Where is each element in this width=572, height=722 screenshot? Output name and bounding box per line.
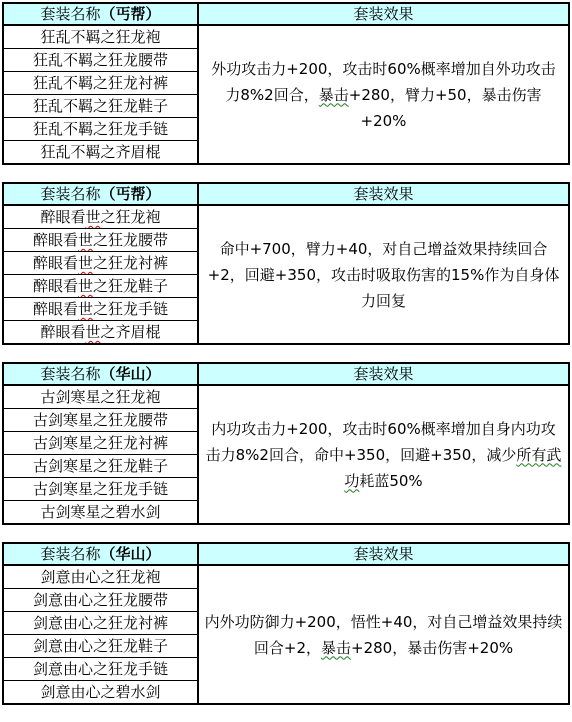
set-effect-cell: 外功攻击力+200，攻击时60%概率增加自外功攻击力8%2回合，暴击+280，臂…: [198, 25, 569, 164]
set-effect-cell: 内外功防御力+200，悟性+40，对自己增益效果持续回合+2，暴击+280，暴击…: [198, 565, 569, 704]
spellcheck-red-squiggle: 世: [78, 300, 93, 318]
set-item-cell: 醉眼看世之狂龙袍: [3, 205, 198, 229]
set-item-cell: 剑意由心之碧水剑: [3, 681, 198, 705]
set-effect-cell: 命中+700，臂力+40，对自己增益效果持续回合+2，回避+350，攻击时吸取伤…: [198, 205, 569, 344]
item-row: 古剑寒星之狂龙袍内功攻击力+200，攻击时60%概率增加自身内功攻击力8%2回合…: [3, 385, 569, 409]
spellcheck-green-squiggle: 所有武功: [344, 446, 561, 490]
set-item-cell: 狂乱不羁之狂龙鞋子: [3, 95, 198, 118]
spellcheck-red-squiggle: 世: [78, 254, 93, 272]
set-effect-header: 套装效果: [198, 543, 569, 565]
equipment-set-table: 套装名称（华山） 套装效果 古剑寒星之狂龙袍内功攻击力+200，攻击时60%概率…: [2, 362, 570, 525]
set-effect-header: 套装效果: [198, 183, 569, 205]
set-item-cell: 醉眼看世之狂龙衬裤: [3, 252, 198, 275]
set-name-header: 套装名称（华山）: [3, 363, 198, 385]
set-name-header: 套装名称（华山）: [3, 543, 198, 565]
table-header-row: 套装名称（华山） 套装效果: [3, 363, 569, 385]
set-item-cell: 狂乱不羁之齐眉棍: [3, 141, 198, 165]
set-name-header-label: 套装名称: [40, 545, 100, 563]
set-item-cell: 醉眼看世之狂龙鞋子: [3, 275, 198, 298]
set-item-cell: 醉眼看世之狂龙腰带: [3, 229, 198, 252]
set-item-cell: 古剑寒星之狂龙袍: [3, 385, 198, 409]
set-item-cell: 剑意由心之狂龙衬裤: [3, 612, 198, 635]
set-item-cell: 狂乱不羁之狂龙手链: [3, 118, 198, 141]
set-item-cell: 古剑寒星之狂龙鞋子: [3, 455, 198, 478]
spellcheck-green-squiggle: 暴击: [319, 86, 349, 104]
table-header-row: 套装名称（丐帮） 套装效果: [3, 183, 569, 205]
document-page: 套装名称（丐帮） 套装效果 狂乱不羁之狂龙袍外功攻击力+200，攻击时60%概率…: [0, 0, 572, 705]
set-item-cell: 剑意由心之狂龙腰带: [3, 589, 198, 612]
table-header-row: 套装名称（华山） 套装效果: [3, 543, 569, 565]
set-effect-header: 套装效果: [198, 3, 569, 25]
set-faction-name: （华山）: [101, 545, 161, 563]
spellcheck-green-squiggle: 暴击: [321, 639, 351, 657]
spellcheck-red-squiggle: 世: [78, 277, 93, 295]
table-header-row: 套装名称（丐帮） 套装效果: [3, 3, 569, 25]
equipment-set-table: 套装名称（丐帮） 套装效果 醉眼看世之狂龙袍命中+700，臂力+40，对自己增益…: [2, 182, 570, 345]
set-faction-name: （华山）: [101, 365, 161, 383]
set-item-cell: 狂乱不羁之狂龙腰带: [3, 49, 198, 72]
set-name-header: 套装名称（丐帮）: [3, 3, 198, 25]
spellcheck-red-squiggle: 世: [85, 208, 100, 226]
set-item-cell: 古剑寒星之狂龙手链: [3, 478, 198, 501]
set-faction-name: （丐帮）: [101, 5, 161, 23]
spellcheck-red-squiggle: 世: [78, 231, 93, 249]
item-row: 醉眼看世之狂龙袍命中+700，臂力+40，对自己增益效果持续回合+2，回避+35…: [3, 205, 569, 229]
set-faction-name: （丐帮）: [101, 185, 161, 203]
set-item-cell: 剑意由心之狂龙鞋子: [3, 635, 198, 658]
item-row: 狂乱不羁之狂龙袍外功攻击力+200，攻击时60%概率增加自外功攻击力8%2回合，…: [3, 25, 569, 49]
set-item-cell: 剑意由心之狂龙袍: [3, 565, 198, 589]
set-effect-cell: 内功攻击力+200，攻击时60%概率增加自身内功攻击力8%2回合，命中+350，…: [198, 385, 569, 524]
equipment-set-tables: 套装名称（丐帮） 套装效果 狂乱不羁之狂龙袍外功攻击力+200，攻击时60%概率…: [2, 2, 572, 705]
set-name-header: 套装名称（丐帮）: [3, 183, 198, 205]
spellcheck-red-squiggle: 世: [85, 323, 100, 341]
set-item-cell: 剑意由心之狂龙手链: [3, 658, 198, 681]
set-effect-header: 套装效果: [198, 363, 569, 385]
set-item-cell: 醉眼看世之齐眉棍: [3, 321, 198, 345]
set-item-cell: 古剑寒星之狂龙衬裤: [3, 432, 198, 455]
set-item-cell: 古剑寒星之碧水剑: [3, 501, 198, 525]
set-name-header-label: 套装名称: [40, 185, 100, 203]
set-item-cell: 狂乱不羁之狂龙衬裤: [3, 72, 198, 95]
set-item-cell: 醉眼看世之狂龙手链: [3, 298, 198, 321]
item-row: 剑意由心之狂龙袍内外功防御力+200，悟性+40，对自己增益效果持续回合+2，暴…: [3, 565, 569, 589]
equipment-set-table: 套装名称（华山） 套装效果 剑意由心之狂龙袍内外功防御力+200，悟性+40，对…: [2, 542, 570, 705]
set-item-cell: 古剑寒星之狂龙腰带: [3, 409, 198, 432]
set-name-header-label: 套装名称: [40, 5, 100, 23]
set-item-cell: 狂乱不羁之狂龙袍: [3, 25, 198, 49]
equipment-set-table: 套装名称（丐帮） 套装效果 狂乱不羁之狂龙袍外功攻击力+200，攻击时60%概率…: [2, 2, 570, 165]
set-name-header-label: 套装名称: [40, 365, 100, 383]
